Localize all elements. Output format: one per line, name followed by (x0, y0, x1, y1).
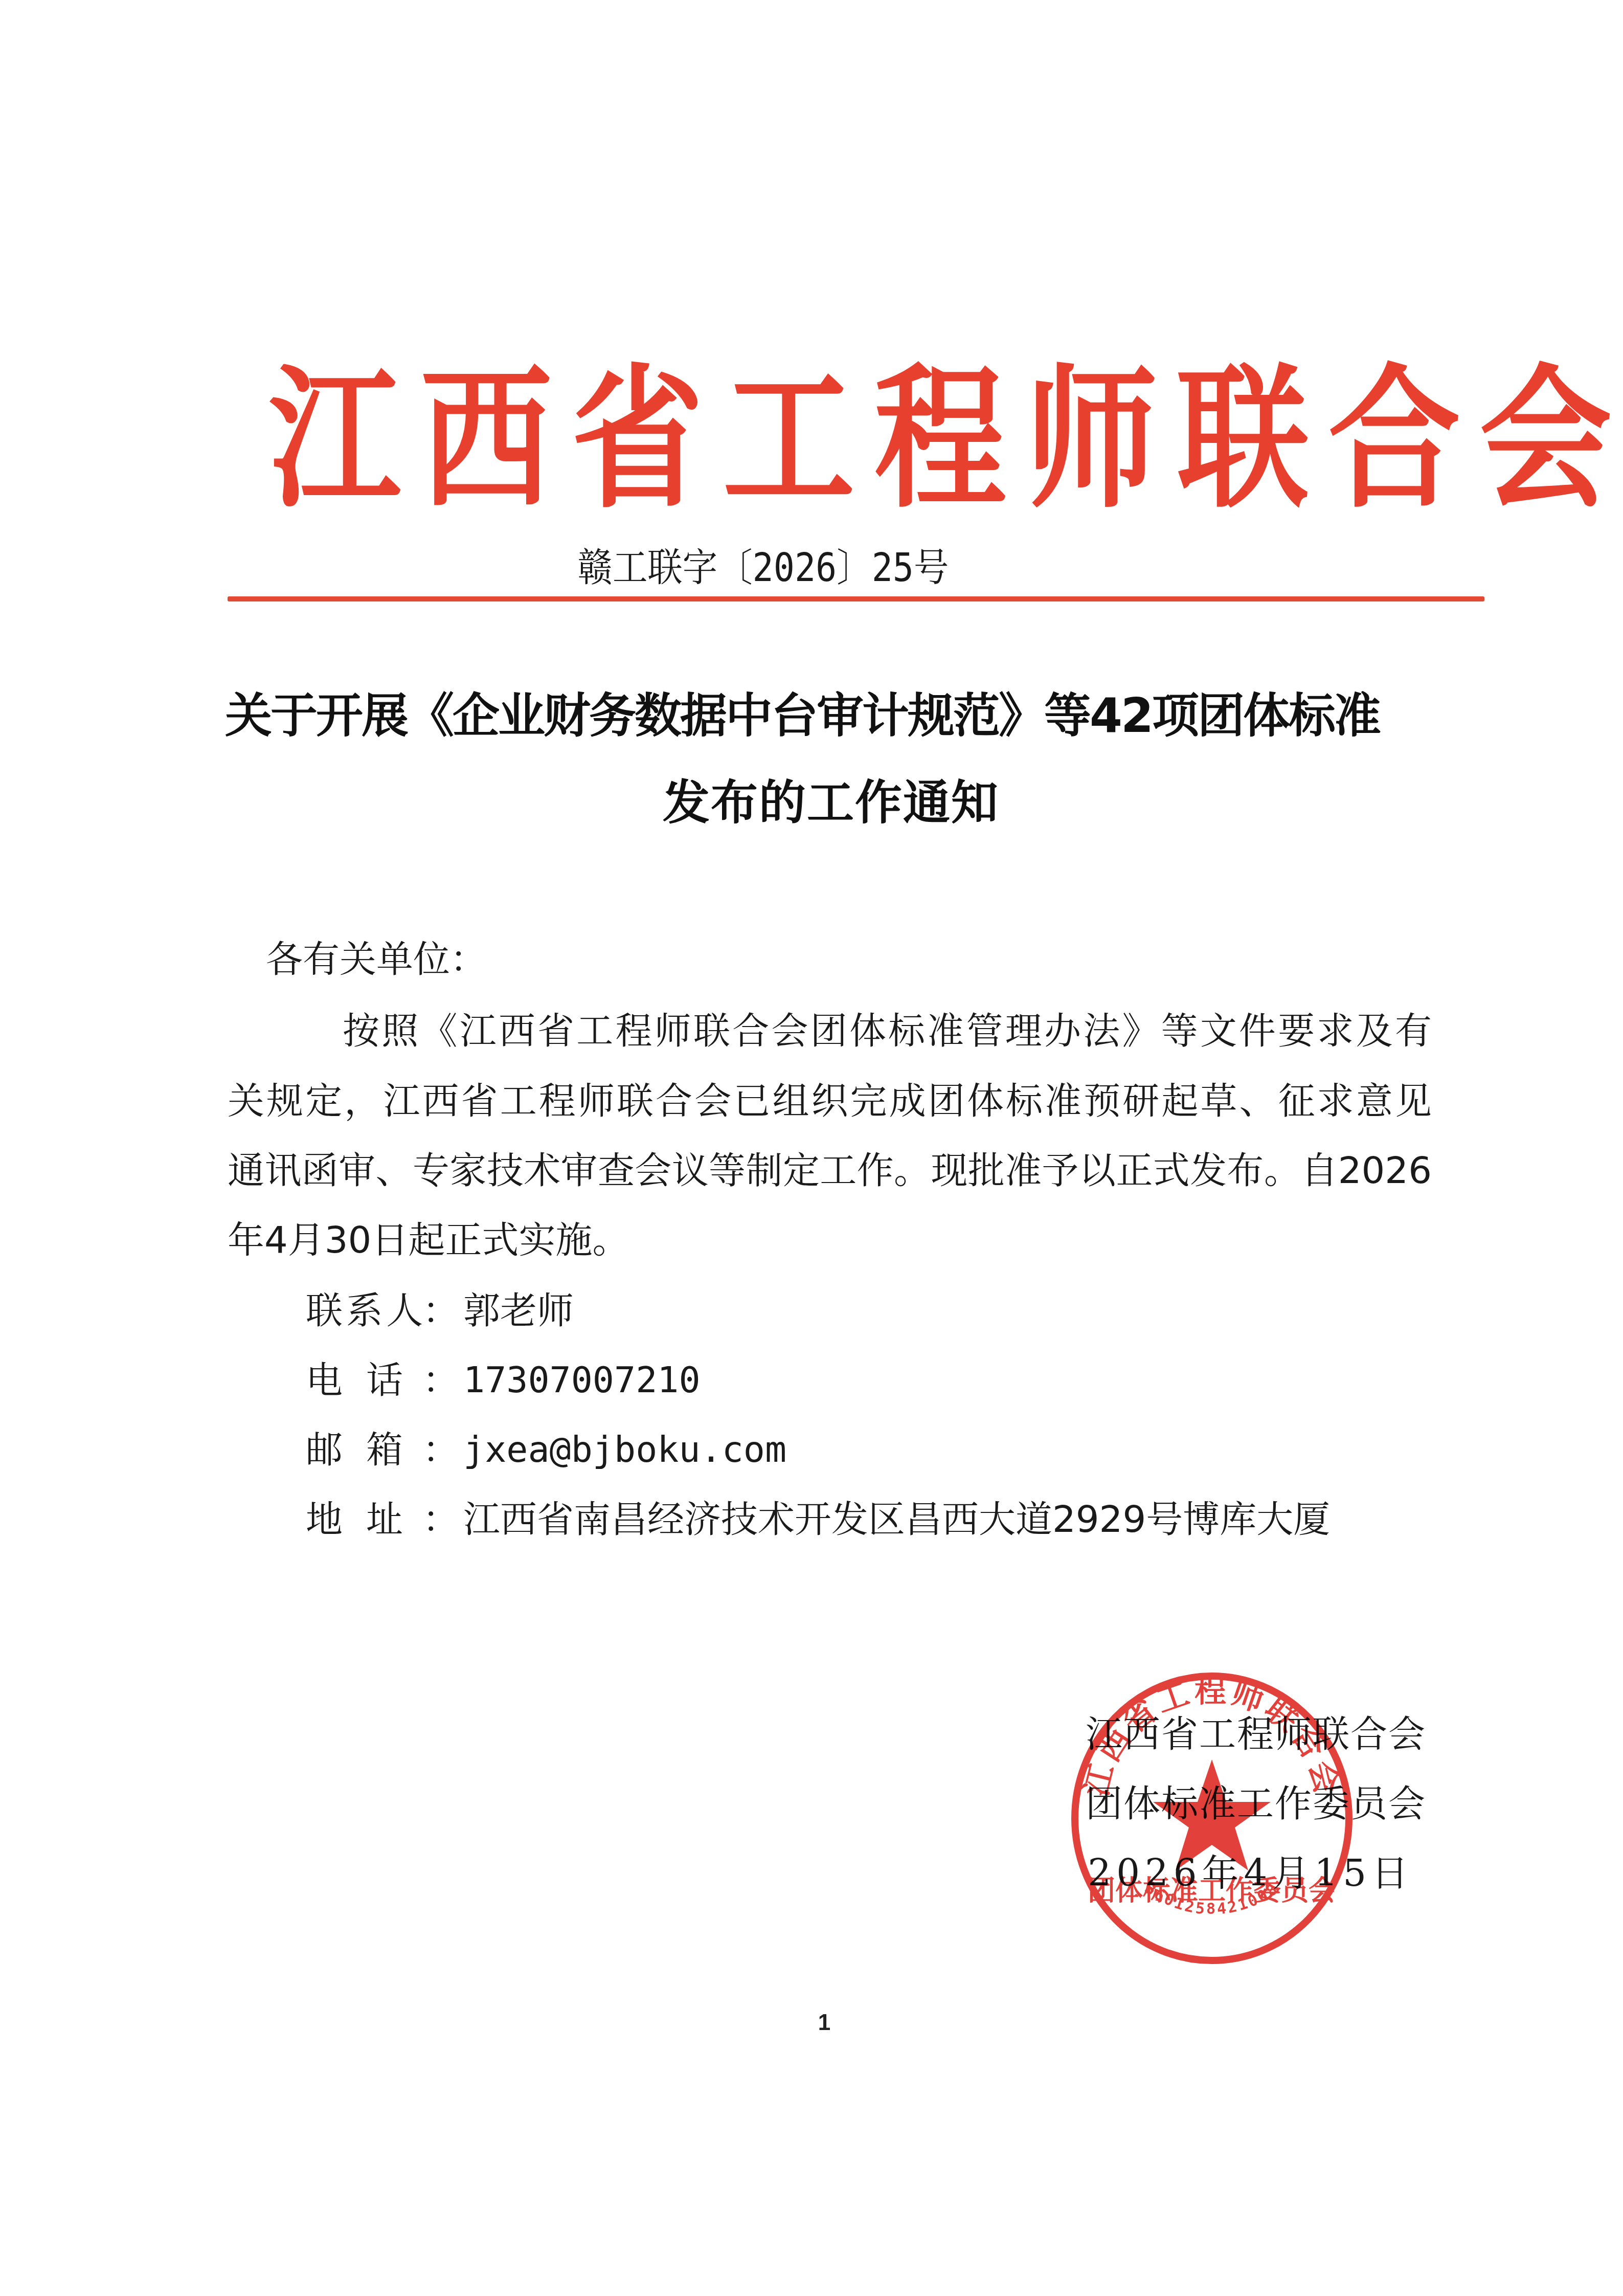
contact-person-value: 郭老师 (463, 1285, 574, 1336)
contact-phone-row: 电 话 ： 17307007210 (306, 1354, 701, 1406)
contact-address-row: 地 址 ： 江西省南昌经济技术开发区昌西大道2929号博库大厦 (306, 1493, 1330, 1545)
body-line: 年4月30日起正式实施。 (228, 1214, 629, 1265)
body-line: 通讯函审、专家技术审查会议等制定工作。现批准予以正式发布。自2026 (228, 1145, 1432, 1196)
label-char: 联 (306, 1285, 343, 1336)
contact-phone-value: 17307007210 (463, 1354, 701, 1406)
contact-email-label: 邮 箱 ： (306, 1424, 459, 1475)
label-char: 话 (366, 1354, 403, 1406)
contact-email-row: 邮 箱 ： jxea@bjboku.com (306, 1424, 786, 1475)
label-char: 系 (346, 1285, 383, 1336)
label-colon: ： (422, 1285, 459, 1336)
label-colon: ： (422, 1354, 459, 1406)
contact-address-value: 江西省南昌经济技术开发区昌西大道2929号博库大厦 (463, 1493, 1330, 1545)
masthead-char: 西 (420, 353, 551, 527)
body-line: 按照《江西省工程师联合会团体标准管理办法》等文件要求及有 (343, 1005, 1432, 1056)
body-line: 关规定，江西省工程师联合会已组织完成团体标准预研起草、征求意见 (228, 1075, 1432, 1126)
official-seal-stamp: 江西省工程师联合会 团体标准工作委员会 3601258421008 (1064, 1670, 1360, 1967)
masthead-char: 工 (723, 353, 853, 527)
masthead-char: 师 (1026, 353, 1156, 527)
masthead-char: 江 (269, 353, 399, 527)
masthead-char: 省 (572, 353, 702, 527)
contact-email-value: jxea@bjboku.com (463, 1424, 786, 1475)
document-title-line-1: 关于开展《企业财务数据中台审计规范》等42项团体标准 (225, 688, 1437, 744)
page-number: 1 (0, 2010, 1623, 2036)
masthead-char: 联 (1177, 353, 1308, 527)
label-char: 邮 (306, 1424, 343, 1475)
contact-person-row: 联 系 人 ： 郭老师 (306, 1285, 574, 1336)
masthead-char: 合 (1328, 353, 1459, 527)
label-char: 址 (366, 1493, 403, 1545)
label-colon: ： (422, 1493, 459, 1545)
star-icon (1153, 1759, 1271, 1870)
masthead-organization-name: 江 西 省 工 程 师 联 合 会 (258, 353, 1439, 527)
label-char: 人 (386, 1285, 423, 1336)
label-char: 箱 (366, 1424, 403, 1475)
label-char: 地 (306, 1493, 343, 1545)
red-divider-rule (228, 596, 1484, 601)
contact-address-label: 地 址 ： (306, 1493, 459, 1545)
masthead-char: 会 (1480, 353, 1610, 527)
contact-person-label: 联 系 人 ： (306, 1285, 459, 1336)
label-char: 电 (306, 1354, 343, 1406)
label-colon: ： (422, 1424, 459, 1475)
document-title-line-2: 发布的工作通知 (225, 775, 1437, 831)
masthead-char: 程 (874, 353, 1005, 527)
contact-phone-label: 电 话 ： (306, 1354, 459, 1406)
salutation: 各有关单位： (266, 933, 487, 985)
document-number: 赣工联字〔2026〕25号 (81, 542, 1542, 593)
